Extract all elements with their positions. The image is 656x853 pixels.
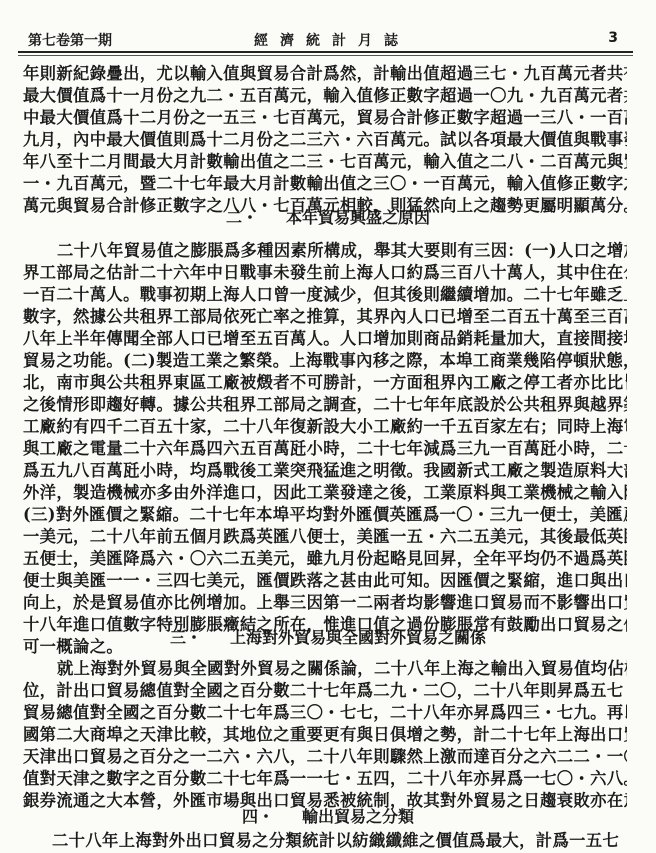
text-line: 最大價值爲十一月份之九二・五百萬元，輸入值修正數字超過一〇九・九百萬元者共有九月…: [23, 85, 627, 107]
text-line: 貿易總值對全國之百分數二十七年爲三〇・七七，二十八年亦昇爲四三・七九。再以上海數…: [23, 702, 627, 724]
journal-title: 經濟統計月誌: [254, 30, 410, 50]
text-line: 二十八年上海對外出口貿易之分類統計以紡織纖維之價值爲最大，計爲一五七・九百萬元，: [52, 830, 622, 852]
text-line: 數字，然據公共租界工部局依死亡率之推算，其界內人口已增至二百五十萬至三百萬之間，…: [23, 306, 627, 328]
text-line: 工廠約有四千二百五十家，二十八年復新設大小工廠約一千五百家左右；同時上海電力公司…: [23, 416, 627, 438]
text-line: 一美元，二十八年前五個月跌爲英匯八便士，美匯一五・六二五美元，其後最低英匯降爲三…: [23, 526, 627, 548]
text-line: 二十八年貿易值之膨脹爲多種因素所構成，舉其大要則有三因：(一)人口之增加。據公共…: [57, 240, 627, 262]
text-line: 八年上半年傳聞全部人口已增至五百萬人。人口增加則商品銷耗量加大，直接間接均有促進…: [23, 328, 627, 350]
text-line: 就上海對外貿易與全國對外貿易之關係論，二十八年上海之輸出入貿易值均佔極重要之地: [57, 658, 627, 680]
volume-issue: 第七卷第一期: [28, 30, 112, 50]
text-line: 中最大價值爲十二月份之一五三・七百萬元，貿易合計修正數字超過一三八・一百萬元者亦…: [23, 107, 627, 129]
text-line: 國第二大商埠之天津比較，其地位之重要更有與日俱增之勢，計二十七年上海出口貿易總值…: [23, 724, 627, 746]
header-rule-thin: [18, 55, 633, 56]
text-line: 貿易之功能。(二)製造工業之繁榮。上海戰事內移之際，本埠工商業幾陷停頓狀態，一方…: [23, 350, 627, 372]
text-line: 九月，內中最大價值則爲十二月份之二三六・六百萬元。試以各項最大價值與戰事發生後二…: [23, 129, 627, 151]
text-line: 天津出口貿易之百分之一二六・六八，二十八年則驟然上激而達百分之六二二・一〇，同時…: [23, 746, 627, 768]
text-line: 與工廠之電量二十六年爲四六五百萬瓩小時，二十七年減爲三九一百萬瓩小時，二十八年則…: [23, 438, 627, 460]
page-header: 第七卷第一期 經濟統計月誌 3: [22, 28, 630, 50]
text-line: 界工部局之估計二十六年中日戰事未發生前上海人口約爲三百八十萬人，其中住在公共租界…: [23, 262, 627, 284]
text-line: 向上，於是貿易值亦比例增加。上舉三因第一二兩者均影響進口貿易而不影響出口貿易，或…: [23, 592, 627, 614]
text-line: 五便士，美匯降爲六・〇六二五美元，雖九月份起略見回昇，全年平均仍不過爲英匯六・〇…: [23, 548, 627, 570]
section-number: 四・: [242, 807, 274, 826]
section-number: 二・: [226, 208, 258, 227]
section-2-heading: 二・本年貿易興盛之原因: [0, 207, 656, 229]
text-line: 一百二十萬人。戰事初期上海人口曾一度減少，但其後則繼續增加。二十七年雖乏上海全部…: [23, 284, 627, 306]
text-line: (三)對外匯價之緊縮。二十七年本埠平均對外匯價英匯爲一〇・三九一便士，美匯爲二一…: [23, 504, 627, 526]
page-number: 3: [608, 30, 618, 46]
text-line: 北，南市與公共租界東區工廠被燬者不可勝計，一方面租界內工廠之停工者亦比比皆是，但…: [23, 372, 627, 394]
text-line: 值對天津之數字之百分數二十七年爲一一七・五四，二十八年亦昇爲一七〇・六八。查現在…: [23, 768, 627, 790]
header-rule-thick: [18, 51, 633, 53]
text-line: 之後情形即趨好轉。據公共租界工部局之調查，二十七年年底設於公共租界與越界築路區之…: [23, 394, 627, 416]
section-number: 三・: [170, 628, 202, 647]
text-line: 便士與美匯一一・三四七美元，匯價跌落之甚由此可知。因匯價之緊縮，進口與出口物價均…: [23, 570, 627, 592]
section-title: 上海對外貿易與全國對外貿易之關係: [230, 628, 486, 647]
text-line: 爲五九八百萬瓩小時，均爲戰後工業突飛猛進之明徵。我國新式工廠之製造原料大部份係仰…: [23, 460, 627, 482]
section-4-heading: 四・輸出貿易之分類: [0, 806, 656, 828]
text-line: 年則新紀錄疊出，尤以輸入值與貿易合計爲然，計輸出值超過三七・九百萬元者共有七月，…: [23, 63, 627, 85]
text-line: 年八至十二月間最大月計數輸出值之二三・七百萬元，輸入值之二八・二百萬元與貿易合計…: [23, 151, 627, 173]
section-title: 本年貿易興盛之原因: [286, 208, 430, 227]
section-3-heading: 三・上海對外貿易與全國對外貿易之關係: [0, 627, 656, 649]
text-line: 位，計出口貿易總值對全國之百分數二十七年爲二九・二〇，二十八年則昇爲五七・七二，…: [23, 680, 627, 702]
section-title: 輸出貿易之分類: [302, 807, 414, 826]
text-line: 外洋，製造機械亦多由外洋進口，因此工業發達之後，工業原料與工業機械之輸入隨之增多…: [23, 482, 627, 504]
text-line: 一・九百萬元，暨二十七年最大月計數輸出值之三〇・一百萬元，輸入值修正數字之六一・…: [23, 173, 627, 195]
